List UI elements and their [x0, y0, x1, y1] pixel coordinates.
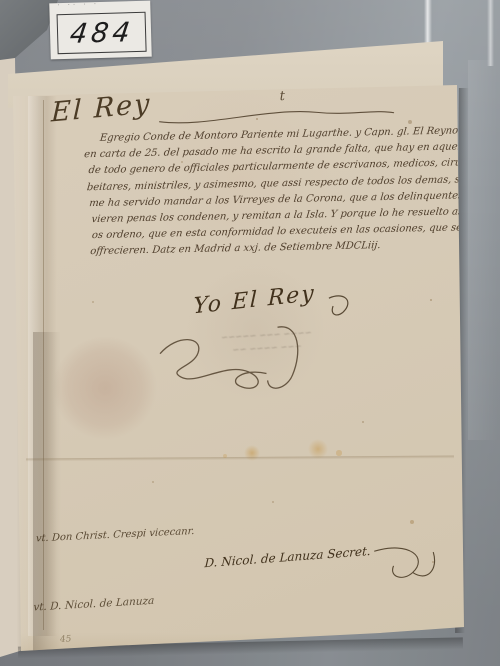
archive-label: · ·· · · 484 [49, 1, 152, 60]
label-edge-marks: · ·· · · [57, 0, 99, 9]
corner-mark: 45 [60, 634, 72, 645]
secretary-signature: D. Nicol. de Lanuza Secret. [204, 544, 371, 570]
letter-content: t El Rey Egregio Conde de Montoro Parien… [0, 0, 500, 666]
royal-signature: Yo El Rey [193, 281, 316, 320]
manuscript-photograph: · ·· · · 484 t El Rey Egregio Conde de M… [0, 0, 500, 666]
vidit-lanuza-annotation: vt. D. Nicol. de Lanuza [33, 595, 155, 614]
secretary-flourish [370, 540, 441, 589]
invocation-cross: t [280, 89, 286, 104]
label-frame: 484 [57, 12, 147, 54]
glass-reflection [468, 60, 498, 440]
manuscript-page: t El Rey Egregio Conde de Montoro Parien… [0, 0, 500, 666]
archive-number: 484 [68, 17, 136, 50]
signature-flourish [323, 290, 360, 325]
vidit-crespi-annotation: vt. Don Christ. Crespi vicecanr. [36, 526, 195, 545]
heading-flourish [157, 101, 397, 130]
glass-reflection [487, 0, 494, 66]
letter-body: Egregio Conde de Montoro Pariente mi Lug… [0, 125, 472, 264]
